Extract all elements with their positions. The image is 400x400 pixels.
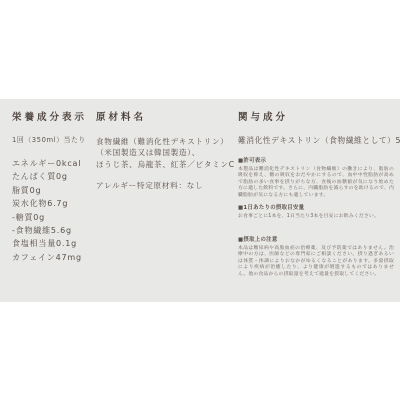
approved-claim-title: ■許可表示 (238, 156, 394, 164)
ingredient-line: 食物繊維（難消化性デキストリン） (96, 136, 235, 147)
label-screenshot: 栄養成分表示 1回（350ml）当たり エネルギー0kcal たんぱく質0g 脂… (0, 0, 400, 400)
ingredient-line: （米国製造又は韓国製造）、 (96, 147, 235, 158)
nutrition-heading: 栄養成分表示 (12, 109, 87, 123)
daily-intake-title: ■1日あたりの摂取目安量 (238, 203, 394, 211)
approved-claim-section: ■許可表示 本製品は難消化性デキストリン（食物繊維）の働きにより、脂肪の吸収を抑… (238, 156, 394, 199)
daily-intake-body: お食事ごとに1本を、1日当たり3本を目安にお飲みください。 (238, 214, 394, 221)
label-panel: 栄養成分表示 1回（350ml）当たり エネルギー0kcal たんぱく質0g 脂… (0, 99, 400, 302)
nutrition-item-salt: 食塩相当量0.1g (12, 237, 82, 250)
nutrition-item-energy: エネルギー0kcal (12, 157, 82, 170)
nutrition-item-carbohydrate: 炭水化物6.7g (12, 197, 82, 210)
approved-claim-body: 本製品は難消化性デキストリン（食物繊維）の働きにより、脂肪の吸収を抑え、糖の吸収… (238, 167, 394, 200)
nutrition-item-sugar: -糖質0g (12, 211, 82, 224)
nutrition-item-dietary-fiber: -食物繊維5.6g (12, 224, 82, 237)
allergy-note: アレルギー特定原材料：なし (96, 180, 203, 191)
nutrition-list: エネルギー0kcal たんぱく質0g 脂質0g 炭水化物6.7g -糖質0g -… (12, 157, 82, 264)
nutrition-serving-size: 1回（350ml）当たり (12, 134, 86, 144)
intake-caution-body: 本品は糖尿病や高脂血症の治療薬、及び予防薬ではありません。治療中の方は、医師など… (238, 246, 394, 279)
component-heading: 関与成分 (238, 109, 288, 123)
ingredient-line: ほうじ茶、烏龍茶、紅茶／ビタミンC (96, 159, 235, 170)
component-amount: 難消化性デキストリン（食物繊維として）5g (238, 135, 400, 146)
nutrition-item-protein: たんぱく質0g (12, 170, 82, 183)
intake-caution-section: ■摂取上の注意 本品は糖尿病や高脂血症の治療薬、及び予防薬ではありません。治療中… (238, 235, 394, 278)
nutrition-item-fat: 脂質0g (12, 184, 82, 197)
ingredients-list: 食物繊維（難消化性デキストリン） （米国製造又は韓国製造）、 ほうじ茶、烏龍茶、… (96, 136, 235, 170)
ingredients-heading: 原材料名 (96, 109, 146, 123)
daily-intake-section: ■1日あたりの摂取目安量 お食事ごとに1本を、1日当たり3本を目安にお飲みくださ… (238, 203, 394, 220)
nutrition-item-caffeine: カフェイン47mg (12, 251, 82, 264)
intake-caution-title: ■摂取上の注意 (238, 235, 394, 243)
